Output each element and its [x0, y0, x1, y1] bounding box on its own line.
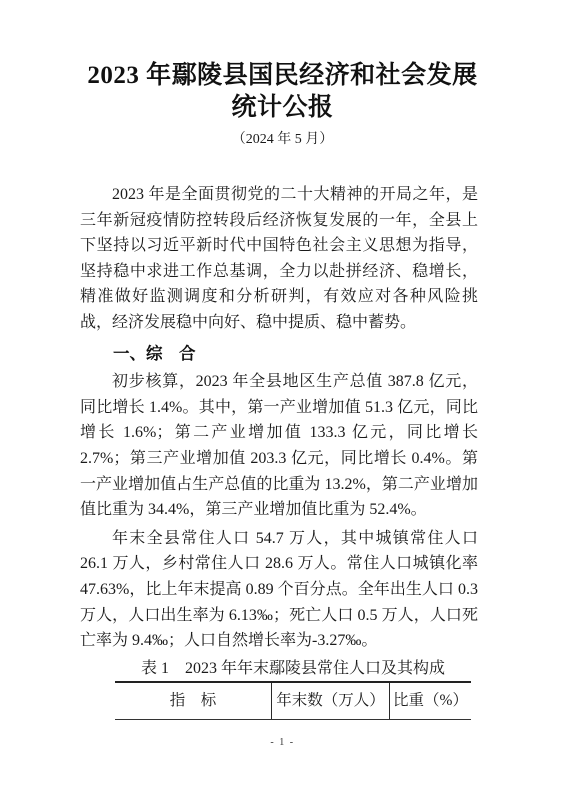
document-title: 2023 年鄢陵县国民经济和社会发展 统计公报 [0, 0, 565, 124]
date-subtitle: （2024 年 5 月） [0, 131, 565, 149]
table-header-share-percent: 比重（%） [390, 682, 472, 720]
document-title-line-2: 统计公报 [0, 92, 565, 124]
gdp-paragraph: 初步核算，2023 年全县地区生产总值 387.8 亿元，同比增长 1.4%。其… [80, 369, 478, 523]
population-table-header-row: 指 标 年末数（万人） 比重（%） [115, 682, 471, 720]
document-title-line-1: 2023 年鄢陵县国民经济和社会发展 [0, 60, 565, 92]
document-body: 2023 年是全面贯彻党的二十大精神的开局之年，是三年新冠疫情防控转段后经济恢复… [80, 182, 478, 720]
section-heading-overview: 一、综 合 [80, 341, 478, 367]
table1-caption: 表 1 2023 年年末鄢陵县常住人口及其构成 [80, 659, 478, 679]
table-header-yearend-count: 年末数（万人） [272, 682, 390, 720]
page-number: - 1 - [0, 737, 565, 748]
table-header-indicator: 指 标 [115, 682, 272, 720]
intro-paragraph: 2023 年是全面贯彻党的二十大精神的开局之年，是三年新冠疫情防控转段后经济恢复… [80, 182, 478, 336]
population-paragraph: 年末全县常住人口 54.7 万人，其中城镇常住人口 26.1 万人，乡村常住人口… [80, 526, 478, 654]
document-page: 2023 年鄢陵县国民经济和社会发展 统计公报 （2024 年 5 月） 202… [0, 0, 565, 800]
population-table: 指 标 年末数（万人） 比重（%） [115, 681, 471, 720]
